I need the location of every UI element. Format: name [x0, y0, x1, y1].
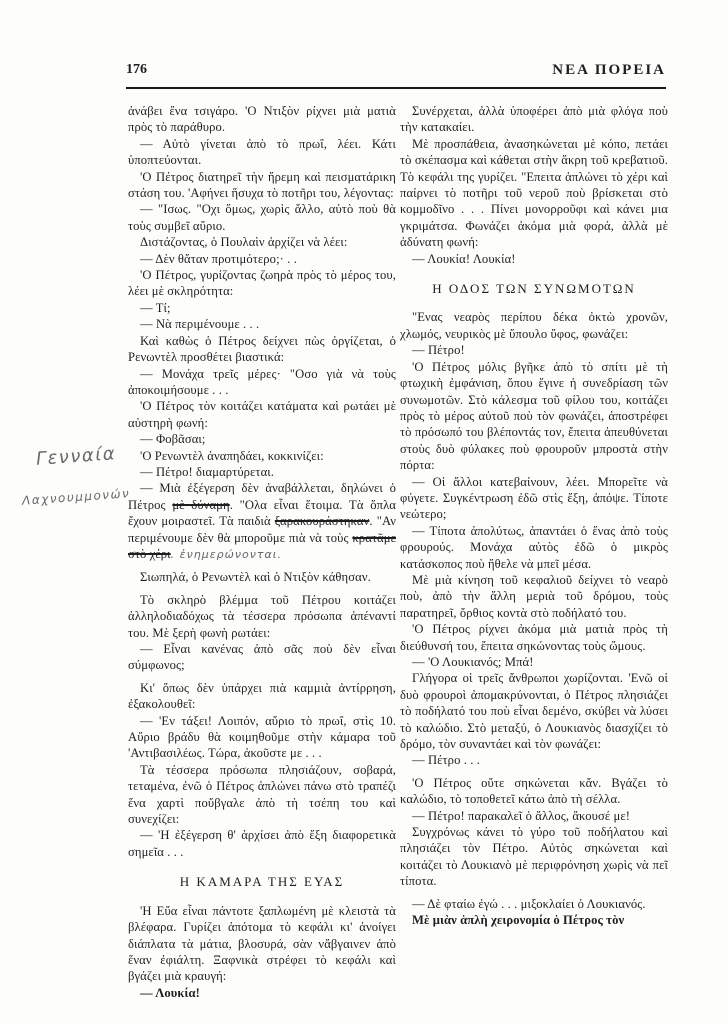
- paragraph: — 'Η ἐξέγερση θ' ἀρχίσει ἀπὸ ἔξη διαφορε…: [128, 827, 396, 860]
- paragraph: Μὲ μιὰν ἁπλὴ χειρονομία ὁ Πέτρος τὸν: [400, 912, 668, 928]
- paragraph: Κι' ὅπως δὲν ὑπάρχει πιὰ καμμιὰ ἀντίρρησ…: [128, 680, 396, 713]
- paragraph: Μὲ μιὰ κίνηση τοῦ κεφαλιοῦ δείχνει τὸ νε…: [400, 572, 668, 621]
- paragraph: — Πέτρο! διαμαρτύρεται.: [128, 464, 396, 480]
- paragraph: 'Ο Πέτρος τὸν κοιτάζει κατάματα καὶ ρωτά…: [128, 398, 396, 431]
- paragraph: Συνέρχεται, ἀλλὰ ὑποφέρει ἀπὸ μιὰ φλόγα …: [400, 103, 668, 136]
- paragraph: Σιωπηλά, ὁ Ρενωντὲλ καὶ ὁ Ντιξὸν κάθησαν…: [128, 569, 396, 585]
- paragraph: — Δὲ φταίω ἐγώ . . . μιξοκλαίει ὁ Λουκια…: [400, 896, 668, 912]
- edited-paragraph: — Μιὰ ἐξέγερση δὲν ἀναβάλλεται, δηλώνει …: [128, 480, 396, 563]
- handwritten-insert: . ἐνημερώνονται.: [171, 548, 282, 561]
- paragraph: Τὸ σκληρὸ βλέμμα τοῦ Πέτρου κοιτάζει ἀλλ…: [128, 592, 396, 641]
- handwritten-margin-note: Λαχνουμμονών: [22, 486, 131, 508]
- paragraph: — Τί;: [128, 300, 396, 316]
- paragraph: 'Ο Πέτρος οὔτε σηκώνεται κἄν. Βγάζει τὸ …: [400, 775, 668, 808]
- paragraph: — Δὲν θἄταν προτιμότερο;· . .: [128, 251, 396, 267]
- running-title: ΝΕΑ ΠΟΡΕΙΑ: [552, 62, 666, 79]
- paragraph: ἀνάβει ἕνα τσιγάρο. 'Ο Ντιξὸν ρίχνει μιὰ…: [128, 103, 396, 136]
- paragraph: Καὶ καθὼς ὁ Πέτρος δείχνει πὼς ὀργίζεται…: [128, 333, 396, 366]
- paragraph: 'Ο Ρενωντὲλ ἀναπηδάει, κοκκινίζει:: [128, 448, 396, 464]
- paragraph: — Λουκία! Λουκία!: [400, 251, 668, 267]
- paragraph: 'Η Εὔα εἶναι πάντοτε ξαπλωμένη μὲ κλειστ…: [128, 903, 396, 985]
- paragraph: Γλήγορα οἱ τρεῖς ἄνθρωποι χωρίζονται. 'Ε…: [400, 670, 668, 752]
- paragraph: — Φοβᾶσαι;: [128, 431, 396, 447]
- right-column: Συνέρχεται, ἀλλὰ ὑποφέρει ἀπὸ μιὰ φλόγα …: [400, 103, 668, 929]
- paragraph: — 'Ο Λουκιανός; Μπά!: [400, 654, 668, 670]
- paragraph: Τὰ τέσσερα πρόσωπα πλησιάζουν, σοβαρά, τ…: [128, 762, 396, 828]
- paragraph: — Αὐτὸ γίνεται ἀπὸ τὸ πρωΐ, λέει. Κάτι ὑ…: [128, 136, 396, 169]
- paragraph: 'Ο Πέτρος διατηρεῖ τὴν ἤρεμη καὶ πεισματ…: [128, 169, 396, 202]
- paragraph: — Λουκία!: [128, 985, 396, 1001]
- page-number: 176: [126, 62, 147, 78]
- paragraph: — Πέτρο . . .: [400, 752, 668, 768]
- paragraph: Μὲ προσπάθεια, ἀνασηκώνεται μὲ κόπο, πετ…: [400, 136, 668, 251]
- section-heading: Η ΚΑΜΑΡΑ ΤΗΣ ΕΥΑΣ: [128, 874, 396, 890]
- paragraph: 'Ο Πέτρος ρίχνει ἀκόμα μιὰ ματιὰ πρὸς τὴ…: [400, 621, 668, 654]
- paragraph: — Οἱ ἄλλοι κατεβαίνουν, λέει. Μπορεῖτε ν…: [400, 474, 668, 523]
- paragraph: 'Ο Πέτρος μόλις βγῆκε ἀπὸ τὸ σπίτι μὲ τὴ…: [400, 359, 668, 474]
- paragraph: — Πέτρο! παρακαλεῖ ὁ ἄλλος, ἄκουσέ με!: [400, 808, 668, 824]
- paragraph: — "Ισως. "Οχι ὅμως, χωρὶς ἄλλο, αὐτὸ ποὺ…: [128, 201, 396, 234]
- paragraph: — Μονάχα τρεῖς μέρες· "Οσο γιὰ νὰ τοὺς ἀ…: [128, 366, 396, 399]
- paragraph: 'Ο Πέτρος, γυρίζοντας ζωηρὰ πρὸς τὸ μέρο…: [128, 267, 396, 300]
- scanned-page: 176 ΝΕΑ ΠΟΡΕΙΑ Γενναία Λαχνουμμονών ἀνάβ…: [0, 0, 727, 1024]
- header-rule: [126, 87, 666, 89]
- handwritten-margin-note: Γενναία: [35, 443, 116, 470]
- paragraph: — Εἶναι κανένας ἀπὸ σᾶς ποὺ δὲν εἶναι σύ…: [128, 641, 396, 674]
- paragraph: — Πέτρο!: [400, 342, 668, 358]
- struck-text: ξαρακουράστηκαν: [275, 514, 370, 528]
- paragraph: "Ενας νεαρὸς περίπου δέκα ὀκτὼ χρονῶν, χ…: [400, 309, 668, 342]
- section-heading: Η ΟΔΟΣ ΤΩΝ ΣΥΝΩΜΟΤΩΝ: [400, 281, 668, 297]
- paragraph: — Νὰ περιμένουμε . . .: [128, 316, 396, 332]
- paragraph: Διστάζοντας, ὁ Πουλαὶν ἀρχίζει νὰ λέει:: [128, 234, 396, 250]
- page-header: 176 ΝΕΑ ΠΟΡΕΙΑ: [126, 62, 666, 84]
- struck-text: μὲ δύναμη: [172, 498, 229, 512]
- paragraph: — 'Εν τάξει! Λοιπόν, αὔριο τὸ πρωΐ, στὶς…: [128, 713, 396, 762]
- left-column: ἀνάβει ἕνα τσιγάρο. 'Ο Ντιξὸν ρίχνει μιὰ…: [128, 103, 396, 1001]
- paragraph: — Τίποτα ἀπολύτως, ἀπαντάει ὁ ἕνας ἀπὸ τ…: [400, 523, 668, 572]
- paragraph: Συγχρόνως κάνει τὸ γύρο τοῦ ποδήλατου κα…: [400, 824, 668, 890]
